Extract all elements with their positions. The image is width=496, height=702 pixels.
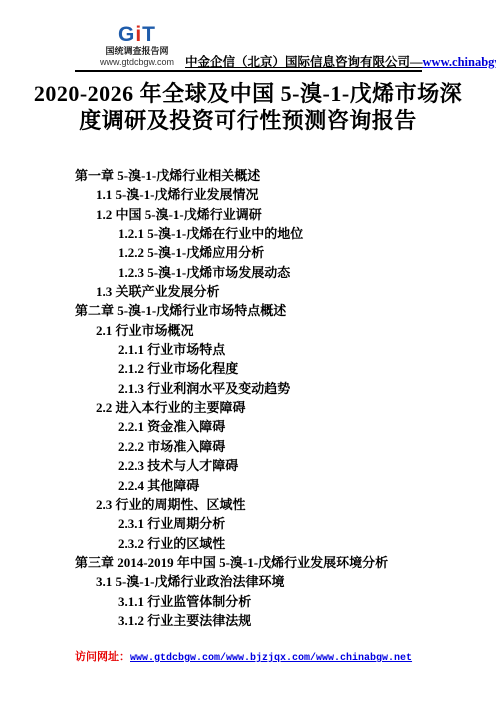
toc-item-chapter3: 第三章 2014-2019 年中国 5-溴-1-戊烯行业发展环境分析	[75, 553, 486, 572]
company-name-text: 中金企信（北京）国际信息咨询有限公司—	[185, 55, 423, 69]
toc-item-2-1: 2.1 行业市场概况	[96, 321, 486, 340]
toc-item-2-2-1: 2.2.1 资金准入障碍	[118, 417, 486, 436]
header-company-line: 中金企信（北京）国际信息咨询有限公司—www.chinabgw.net	[185, 52, 496, 70]
toc-item-2-3-1: 2.3.1 行业周期分析	[118, 514, 486, 533]
toc-item-1-2: 1.2 中国 5-溴-1-戊烯行业调研	[96, 205, 486, 224]
toc-item-2-1-3: 2.1.3 行业利润水平及变动趋势	[118, 379, 486, 398]
toc-item-2-2-2: 2.2.2 市场准入障碍	[118, 437, 486, 456]
header-divider	[75, 70, 422, 72]
toc-item-2-2-3: 2.2.3 技术与人才障碍	[118, 456, 486, 475]
toc-item-1-2-1: 1.2.1 5-溴-1-戊烯在行业中的地位	[118, 224, 486, 243]
table-of-contents: 第一章 5-溴-1-戊烯行业相关概述 1.1 5-溴-1-戊烯行业发展情况 1.…	[75, 166, 486, 630]
page-footer: 访问网址：www.gtdcbgw.com/www.bjzjqx.com/www.…	[75, 648, 412, 664]
toc-item-1-1: 1.1 5-溴-1-戊烯行业发展情况	[96, 185, 486, 204]
toc-item-2-1-2: 2.1.2 行业市场化程度	[118, 359, 486, 378]
git-logo-icon: GiT	[86, 24, 188, 46]
toc-item-1-3: 1.3 关联产业发展分析	[96, 282, 486, 301]
company-logo: GiT 国统调查报告网 www.gtdcbgw.com	[86, 24, 188, 68]
toc-item-2-2-4: 2.2.4 其他障碍	[118, 476, 486, 495]
logo-letter-g: G	[118, 23, 135, 46]
toc-item-2-3: 2.3 行业的周期性、区域性	[96, 495, 486, 514]
toc-item-2-1-1: 2.1.1 行业市场特点	[118, 340, 486, 359]
footer-website-links[interactable]: www.gtdcbgw.com/www.bjzjqx.com/www.china…	[130, 653, 412, 664]
toc-item-3-1: 3.1 5-溴-1-戊烯行业政治法律环境	[96, 572, 486, 591]
toc-item-3-1-2: 3.1.2 行业主要法律法规	[118, 611, 486, 630]
logo-letter-t: T	[142, 23, 156, 46]
company-website-link[interactable]: www.chinabgw.net	[423, 55, 496, 69]
page-title: 2020-2026 年全球及中国 5-溴-1-戊烯市场深 度调研及投资可行性预测…	[28, 80, 468, 134]
toc-item-chapter2: 第二章 5-溴-1-戊烯行业市场特点概述	[75, 301, 486, 320]
toc-item-2-3-2: 2.3.2 行业的区域性	[118, 534, 486, 553]
toc-item-chapter1: 第一章 5-溴-1-戊烯行业相关概述	[75, 166, 486, 185]
toc-item-3-1-1: 3.1.1 行业监管体制分析	[118, 592, 486, 611]
toc-item-2-2: 2.2 进入本行业的主要障碍	[96, 398, 486, 417]
page-title-line1: 2020-2026 年全球及中国 5-溴-1-戊烯市场深	[28, 80, 468, 107]
toc-item-1-2-3: 1.2.3 5-溴-1-戊烯市场发展动态	[118, 263, 486, 282]
page-title-line2: 度调研及投资可行性预测咨询报告	[28, 107, 468, 134]
logo-site-url[interactable]: www.gtdcbgw.com	[86, 57, 188, 68]
report-page: GiT 国统调查报告网 www.gtdcbgw.com 中金企信（北京）国际信息…	[0, 0, 496, 702]
toc-item-1-2-2: 1.2.2 5-溴-1-戊烯应用分析	[118, 243, 486, 262]
logo-site-name: 国统调查报告网	[86, 46, 188, 57]
footer-visit-label: 访问网址：	[75, 651, 130, 663]
